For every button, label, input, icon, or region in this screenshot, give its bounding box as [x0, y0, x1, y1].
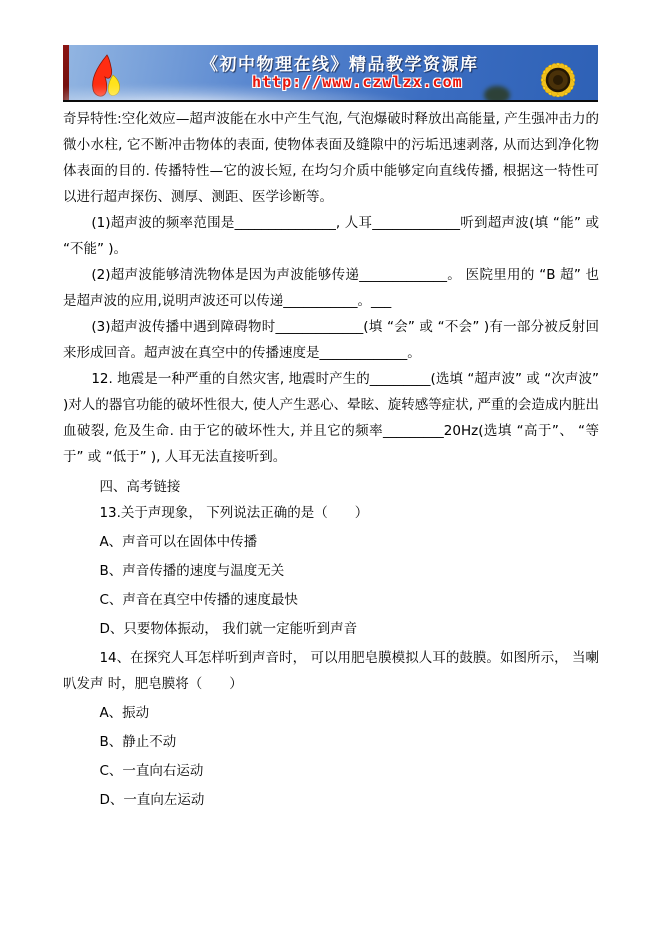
question-2: (2)超声波能够清洗物体是因为声波能够传递_____________。 医院里用… [63, 262, 599, 314]
banner-title: 《初中物理在线》精品教学资源库 [201, 50, 479, 75]
question-3: (3)超声波传播中遇到障碍物时_____________(填 “会” 或 “不会… [63, 314, 599, 366]
question-13: 13.关于声现象， 下列说法正确的是（ ） [63, 500, 599, 526]
option-14-b: B、静止不动 [63, 729, 599, 755]
section-heading: 四、高考链接 [63, 474, 599, 500]
intro-paragraph: 奇异特性:空化效应—超声波能在水中产生气泡, 气泡爆破时释放出高能量, 产生强冲… [63, 106, 599, 210]
question-14: 14、在探究人耳怎样听到声音时， 可以用肥皂膜模拟人耳的鼓膜。如图所示， 当喇叭… [63, 645, 599, 697]
option-14-a: A、振动 [63, 700, 599, 726]
document-content: 奇异特性:空化效应—超声波能在水中产生气泡, 气泡爆破时释放出高能量, 产生强冲… [63, 106, 599, 813]
banner-url: http://www.czwlzx.com [252, 73, 463, 91]
leaf-icon [484, 86, 510, 100]
option-13-b: B、声音传播的速度与温度无关 [63, 558, 599, 584]
option-13-c: C、声音在真空中传播的速度最快 [63, 587, 599, 613]
option-13-d: D、只要物体振动， 我们就一定能听到声音 [63, 616, 599, 642]
worksheet-page: 《初中物理在线》精品教学资源库 http://www.czwlzx.com [0, 0, 661, 935]
option-14-c: C、一直向右运动 [63, 758, 599, 784]
flame-logo-icon [83, 53, 127, 99]
header-banner: 《初中物理在线》精品教学资源库 http://www.czwlzx.com [63, 45, 598, 100]
question-12: 12. 地震是一种严重的自然灾害, 地震时产生的_________(选填 “超声… [63, 366, 599, 470]
option-13-a: A、声音可以在固体中传播 [63, 529, 599, 555]
header-divider-rule [63, 100, 598, 102]
sunflower-icon [520, 45, 592, 100]
option-14-d: D、一直向左运动 [63, 787, 599, 813]
question-1: (1)超声波的频率范围是_______________, 人耳_________… [63, 210, 599, 262]
banner-left-strip [63, 45, 69, 100]
